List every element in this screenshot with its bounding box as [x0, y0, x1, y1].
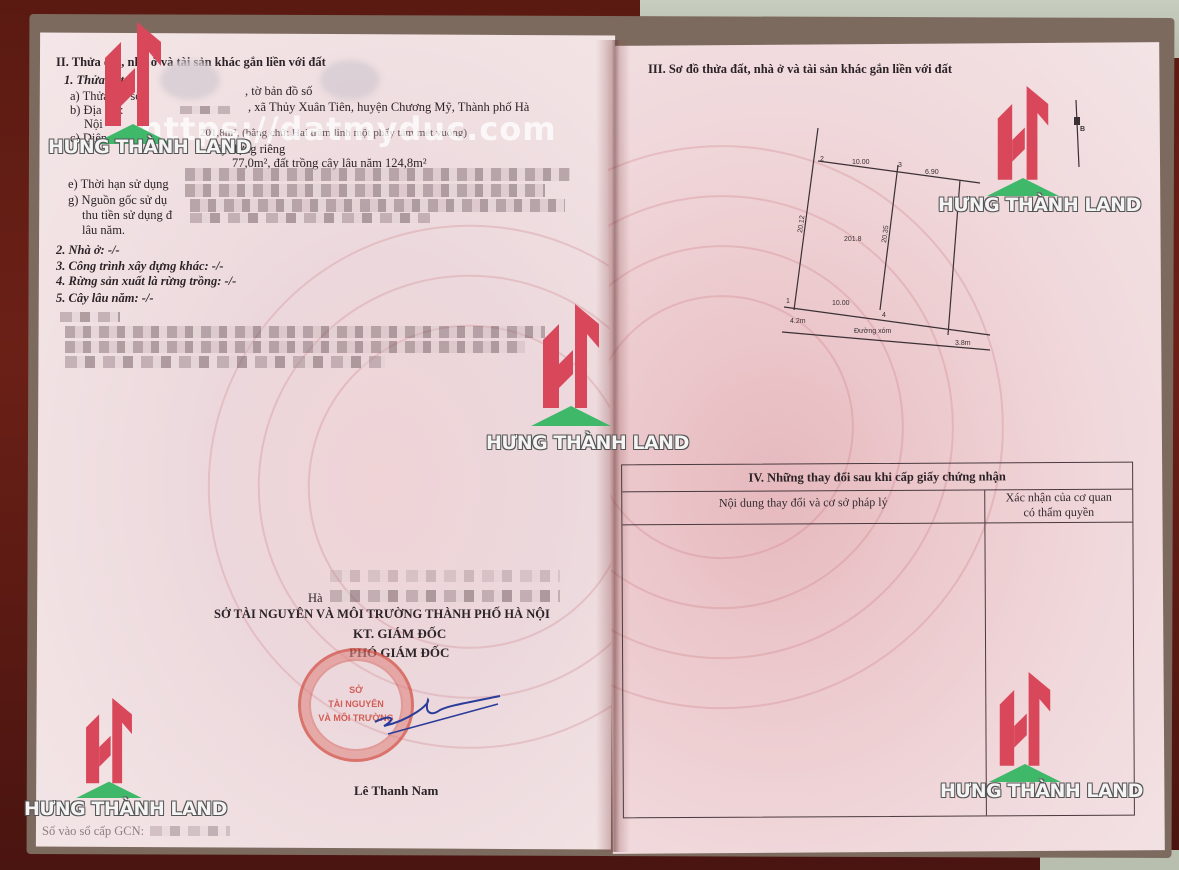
item-g-cont2: lâu năm. — [82, 223, 125, 238]
road-width: 3.8m — [955, 340, 971, 347]
brand-watermark: HƯNG THÀNH LAND — [486, 300, 656, 454]
redaction — [65, 356, 385, 368]
column-header-line: Xác nhận của cơ quan — [985, 490, 1132, 506]
item-g-cont: thu tiền sử dụng đ — [82, 208, 172, 223]
brand-text: HƯNG THÀNH LAND — [486, 432, 656, 454]
road-width: 4.2m — [790, 318, 806, 325]
redaction — [60, 312, 120, 322]
edge-length: 10.00 — [852, 159, 870, 166]
ht-logo-icon — [83, 22, 183, 144]
redaction — [185, 184, 545, 197]
road-label: Đường xóm — [854, 328, 891, 335]
change-content-cell — [622, 523, 987, 817]
brand-watermark: HƯNG THÀNH LAND — [940, 672, 1110, 802]
point-label: 4 — [882, 312, 886, 319]
ht-logo-icon — [59, 698, 159, 798]
redaction — [65, 341, 525, 353]
brand-text: HƯNG THÀNH LAND — [940, 780, 1110, 802]
column-header-authority-confirmation: Xác nhận của cơ quan có thẩm quyền — [985, 490, 1132, 523]
ht-logo-icon — [521, 300, 621, 430]
redaction — [150, 826, 230, 836]
redaction — [320, 60, 380, 100]
redaction — [330, 590, 560, 602]
brand-text: HƯNG THÀNH LAND — [938, 194, 1108, 216]
brand-watermark: HƯNG THÀNH LAND — [938, 86, 1108, 216]
item-3-other-works: 3. Công trình xây dựng khác: -/- — [56, 259, 224, 274]
ht-logo-icon — [975, 672, 1075, 782]
redaction — [65, 326, 545, 338]
point-label: 3 — [898, 162, 902, 169]
signer-role-1: KT. GIÁM ĐỐC — [353, 626, 446, 642]
brand-watermark: HƯNG THÀNH LAND — [24, 698, 194, 820]
column-header-change-content: Nội dung thay đổi và cơ sở pháp lý — [622, 490, 985, 524]
parcel-area: 201.8 — [844, 236, 862, 243]
redaction — [190, 213, 430, 223]
item-a-tail: , tờ bản đồ số — [245, 84, 312, 99]
section-iii-title: III. Sơ đồ thửa đất, nhà ở và tài sản kh… — [648, 62, 952, 77]
place-date-prefix: Hà — [308, 591, 323, 606]
brand-text: HƯNG THÀNH LAND — [48, 136, 218, 158]
point-label: 2 — [820, 156, 824, 163]
redaction — [185, 168, 570, 181]
edge-length: 10.00 — [832, 300, 850, 307]
signer-name: Lê Thanh Nam — [354, 783, 438, 799]
redaction — [330, 570, 560, 582]
brand-text: HƯNG THÀNH LAND — [24, 798, 194, 820]
edge-length: 6.90 — [925, 169, 939, 176]
brand-watermark: HƯNG THÀNH LAND — [48, 22, 218, 158]
item-2-house: 2. Nhà ở: -/- — [56, 243, 120, 258]
ht-logo-icon — [973, 86, 1073, 196]
column-header-line: có thẩm quyền — [985, 505, 1132, 521]
signature — [370, 690, 510, 740]
changes-table-title: IV. Những thay đổi sau khi cấp giấy chứn… — [622, 463, 1132, 493]
item-e: e) Thời hạn sử dụng — [68, 177, 169, 192]
registry-label: Số vào sổ cấp GCN: — [42, 824, 144, 839]
item-5-perennial: 5. Cây lâu năm: -/- — [56, 291, 154, 306]
redaction — [190, 199, 565, 212]
item-g: g) Nguồn gốc sử dụ — [68, 193, 167, 208]
item-4-forest: 4. Rừng sản xuất là rừng trồng: -/- — [56, 274, 236, 289]
point-label: 1 — [786, 298, 790, 305]
issuer-name: SỞ TÀI NGUYÊN VÀ MÔI TRƯỜNG THÀNH PHỐ HÀ… — [214, 607, 550, 622]
